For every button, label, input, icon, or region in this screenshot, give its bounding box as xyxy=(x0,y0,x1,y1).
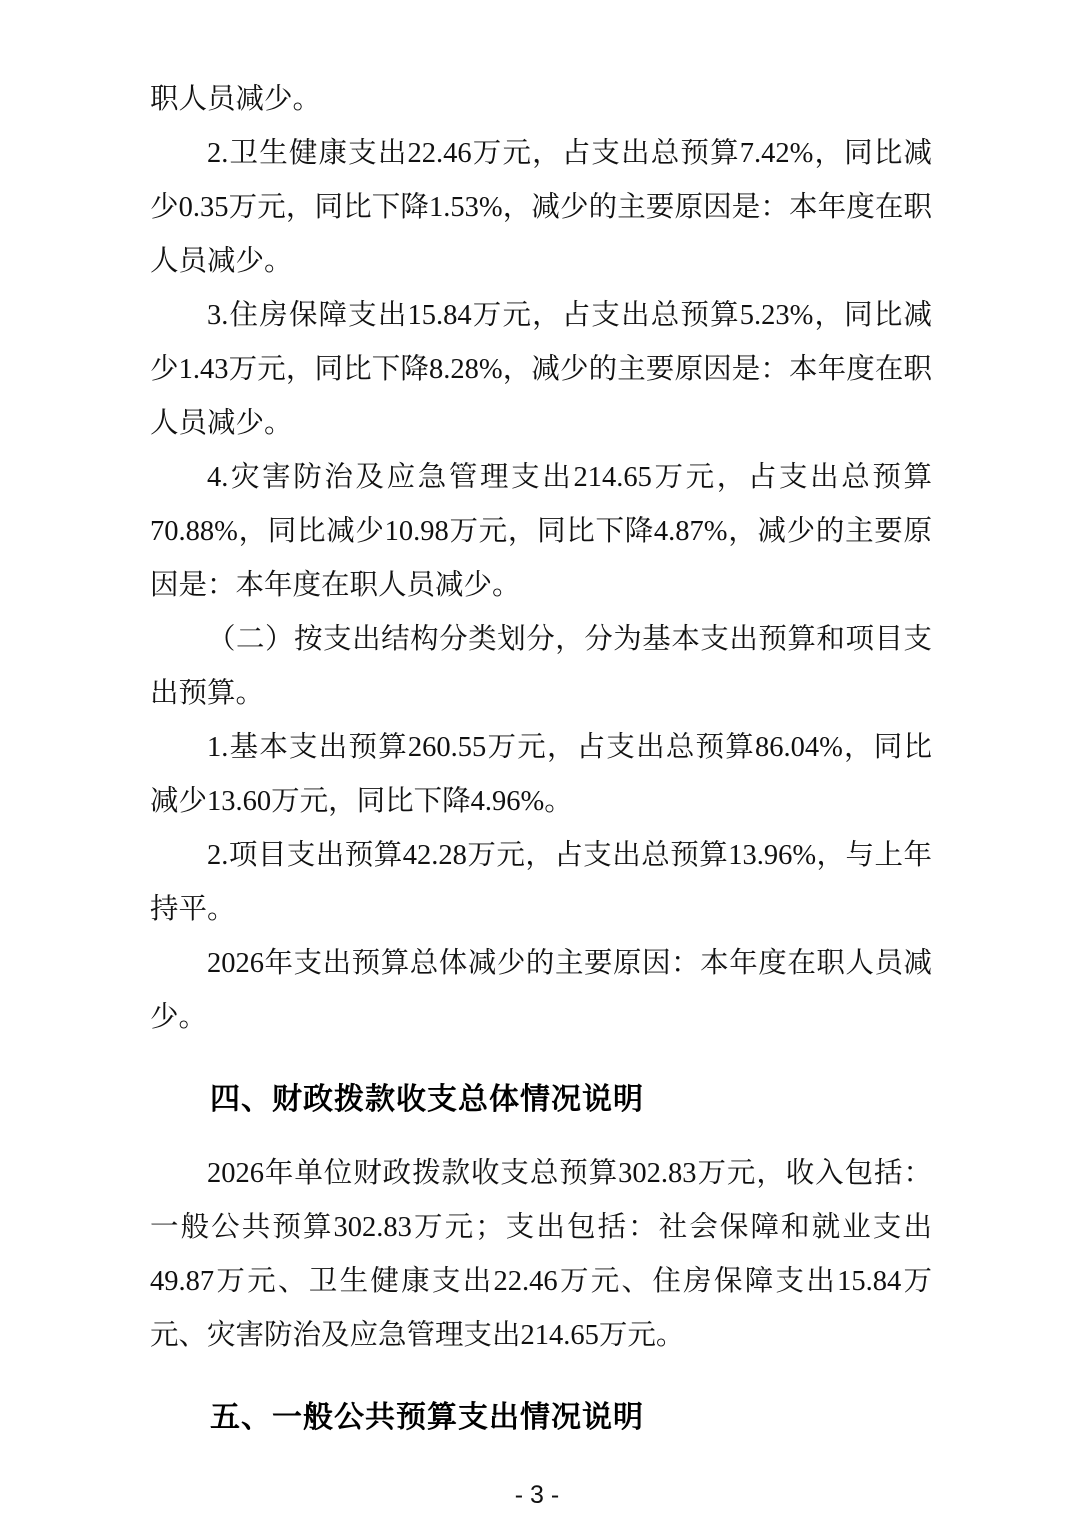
body-paragraph-fiscal-appropriation-total: 2026年单位财政拨款收支总预算302.83万元，收入包括：一般公共预算302.… xyxy=(150,1147,932,1363)
section-heading-5-general-public-budget: 五、一般公共预算支出情况说明 xyxy=(150,1391,932,1445)
body-paragraph-overall-decrease: 2026年支出预算总体减少的主要原因：本年度在职人员减少。 xyxy=(150,937,932,1045)
body-paragraph-basic-expenditure: 1.基本支出预算260.55万元，占支出总预算86.04%，同比减少13.60万… xyxy=(150,721,932,829)
document-body: 职人员减少。 2.卫生健康支出22.46万元，占支出总预算7.42%，同比减少0… xyxy=(150,73,932,1465)
body-paragraph-item4-disaster: 4.灾害防治及应急管理支出214.65万元，占支出总预算70.88%，同比减少1… xyxy=(150,451,932,613)
section-heading-4-fiscal-appropriation: 四、财政拨款收支总体情况说明 xyxy=(150,1073,932,1127)
page-number: - 3 - xyxy=(0,1481,1074,1510)
body-paragraph-structure-intro: （二）按支出结构分类划分，分为基本支出预算和项目支出预算。 xyxy=(150,613,932,721)
body-paragraph-item3-housing: 3.住房保障支出15.84万元，占支出总预算5.23%，同比减少1.43万元，同… xyxy=(150,289,932,451)
document-page: 职人员减少。 2.卫生健康支出22.46万元，占支出总预算7.42%，同比减少0… xyxy=(0,0,1074,1520)
body-paragraph-carryover: 职人员减少。 xyxy=(150,73,932,127)
body-paragraph-project-expenditure: 2.项目支出预算42.28万元，占支出总预算13.96%，与上年持平。 xyxy=(150,829,932,937)
body-paragraph-item2-health: 2.卫生健康支出22.46万元，占支出总预算7.42%，同比减少0.35万元，同… xyxy=(150,127,932,289)
